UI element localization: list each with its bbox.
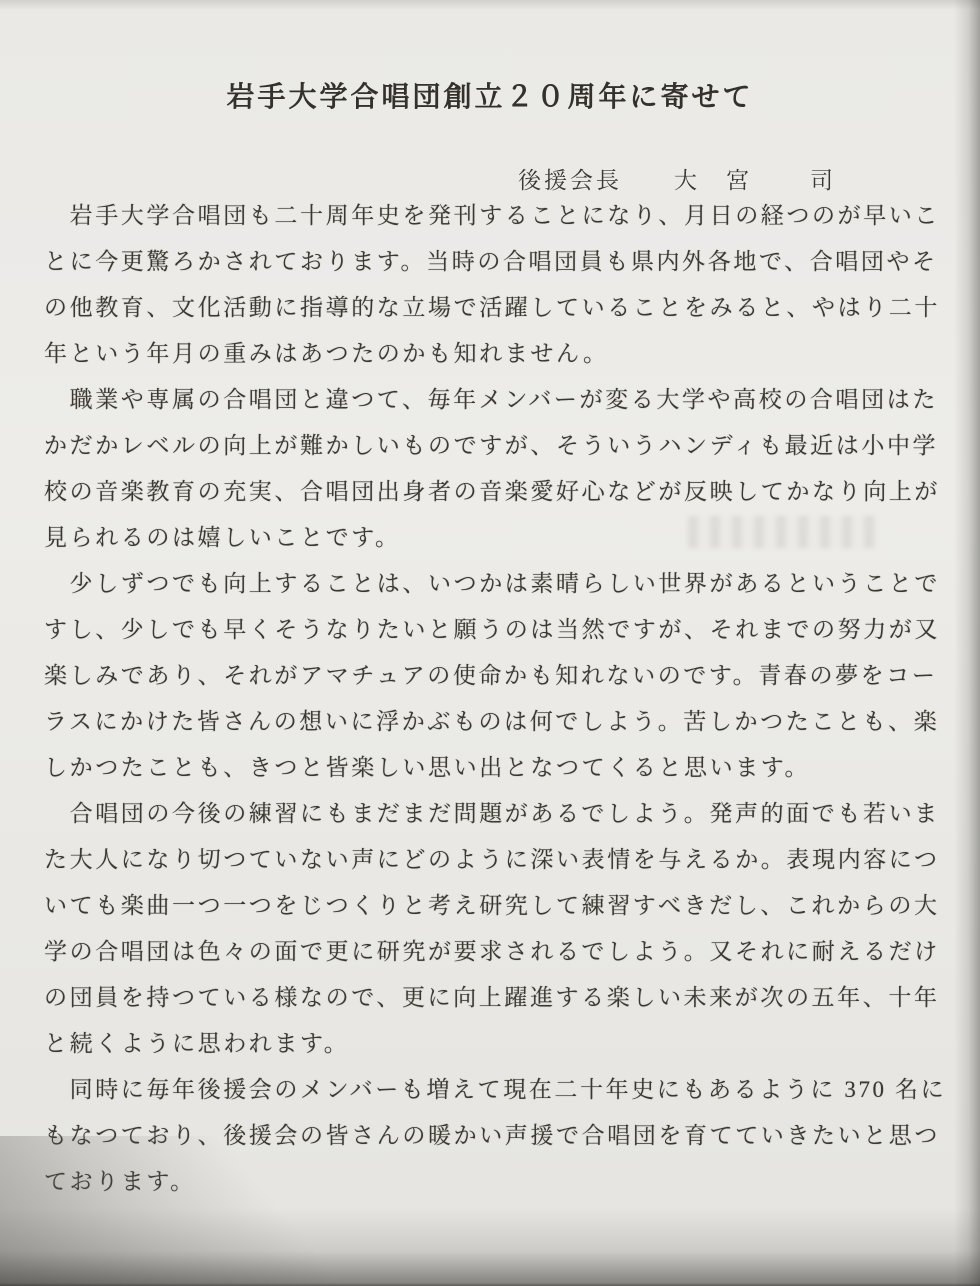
scan-bottom-edge-shadow xyxy=(0,1208,980,1286)
text-line: 岩手大学合唱団も二十周年史を発刊することになり、月日の経つのが早いこ xyxy=(44,193,944,239)
text-line: 楽しみであり、それがアマチュアの使命かも知れないのです。青春の夢をコー xyxy=(44,653,944,699)
text-line: 年という年月の重みはあつたのかも知れません。 xyxy=(44,331,944,377)
byline-name: 大 宮 xyxy=(674,168,752,193)
paragraph: 職業や専属の合唱団と違つて、毎年メンバーが変る大学や高校の合唱団はたかだかレベル… xyxy=(44,377,944,561)
scanned-letter-page: 岩手大学合唱団創立２０周年に寄せて 後援会長大 宮司 岩手大学合唱団も二十周年史… xyxy=(0,0,980,1286)
text-line: ております。 xyxy=(44,1159,944,1205)
text-line: 学の合唱団は色々の面で更に研究が要求されるでしよう。又それに耐えるだけ xyxy=(44,929,944,975)
text-line: の団員を持つている様なので、更に向上躍進する楽しい未来が次の五年、十年 xyxy=(44,975,944,1021)
page-title: 岩手大学合唱団創立２０周年に寄せて xyxy=(0,75,980,115)
scan-top-edge-shadow xyxy=(0,0,980,10)
text-line: 同時に毎年後援会のメンバーも増えて現在二十年史にもあるように 370 名に xyxy=(44,1067,944,1113)
text-line: 職業や専属の合唱団と違つて、毎年メンバーが変る大学や高校の合唱団はた xyxy=(44,377,944,423)
byline-given-name: 司 xyxy=(810,168,836,193)
text-line: と続くように思われます。 xyxy=(44,1021,944,1067)
text-line: かだかレベルの向上が難かしいものですが、そういうハンディも最近は小中学 xyxy=(44,423,944,469)
letter-body: 岩手大学合唱団も二十周年史を発刊することになり、月日の経つのが早いことに今更驚ろ… xyxy=(44,193,944,1205)
scan-right-edge-shadow xyxy=(954,0,980,1286)
text-line: しかつたことも、きつと皆楽しい思い出となつてくると思います。 xyxy=(44,745,944,791)
text-line: の他教育、文化活動に指導的な立場で活躍していることをみると、やはり二十 xyxy=(44,285,944,331)
text-line: 見られるのは嬉しいことです。 xyxy=(44,515,944,561)
text-line: とに今更驚ろかされております。当時の合唱団員も県内外各地で、合唱団やそ xyxy=(44,239,944,285)
text-line: いても楽曲一つ一つをじつくりと考え研究して練習すべきだし、これからの大 xyxy=(44,883,944,929)
text-line: すし、少しでも早くそうなりたいと願うのは当然ですが、それまでの努力が又 xyxy=(44,607,944,653)
paragraph: 同時に毎年後援会のメンバーも増えて現在二十年史にもあるように 370 名にもなつ… xyxy=(44,1067,944,1205)
text-line: 校の音楽教育の充実、合唱団出身者の音楽愛好心などが反映してかなり向上が xyxy=(44,469,944,515)
paragraph: 少しずつでも向上することは、いつかは素晴らしい世界があるということですし、少しで… xyxy=(44,561,944,791)
byline: 後援会長大 宮司 xyxy=(518,162,836,195)
paragraph: 岩手大学合唱団も二十周年史を発刊することになり、月日の経つのが早いことに今更驚ろ… xyxy=(44,193,944,377)
paragraph: 合唱団の今後の練習にもまだまだ問題があるでしよう。発声的面でも若いまた大人になり… xyxy=(44,791,944,1067)
text-line: た大人になり切つていない声にどのように深い表情を与えるか。表現内容につ xyxy=(44,837,944,883)
text-line: 合唱団の今後の練習にもまだまだ問題があるでしよう。発声的面でも若いま xyxy=(44,791,944,837)
text-line: もなつており、後援会の皆さんの暖かい声援で合唱団を育てていきたいと思つ xyxy=(44,1113,944,1159)
text-line: ラスにかけた皆さんの想いに浮かぶものは何でしよう。苦しかつたことも、楽 xyxy=(44,699,944,745)
byline-role: 後援会長 xyxy=(518,168,622,193)
text-line: 少しずつでも向上することは、いつかは素晴らしい世界があるということで xyxy=(44,561,944,607)
